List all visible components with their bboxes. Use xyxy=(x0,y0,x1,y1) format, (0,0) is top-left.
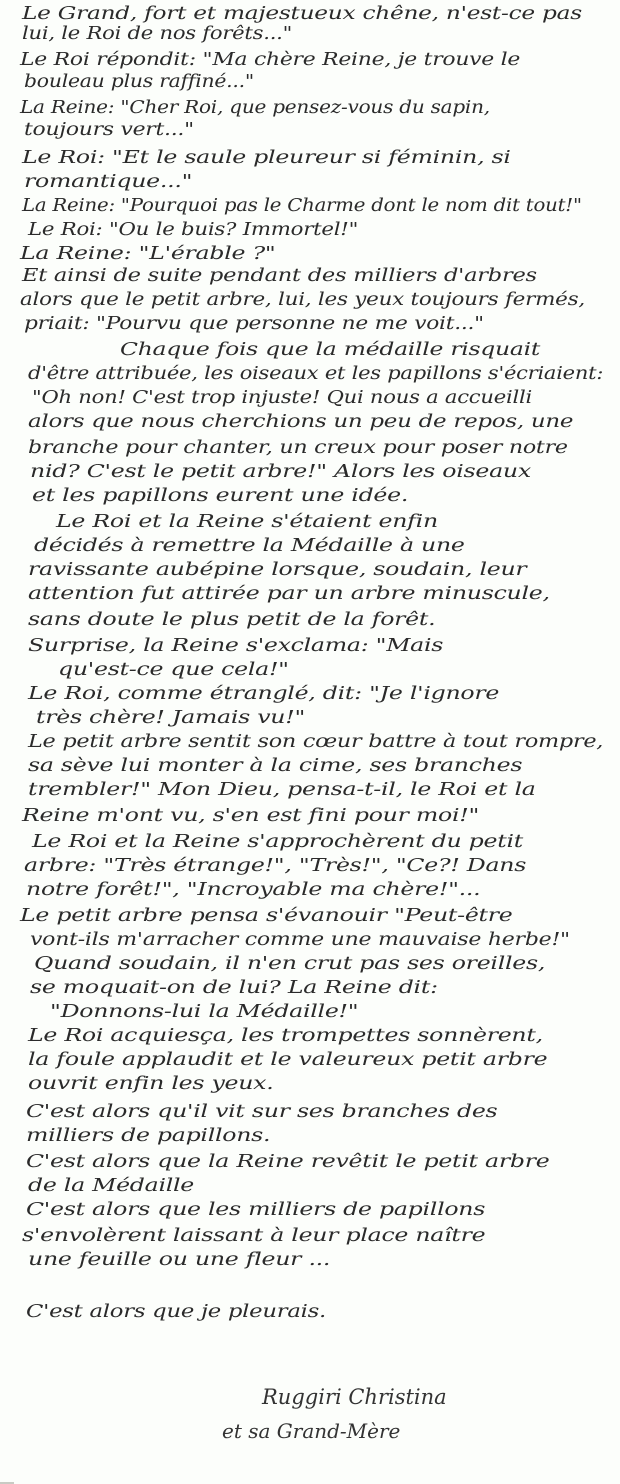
letter-line: nid? C'est le petit arbre!" Alors les oi… xyxy=(30,462,531,482)
letter-line: sans doute le plus petit de la forêt. xyxy=(28,610,435,630)
letter-line: se moquait-on de lui? La Reine dit: xyxy=(30,978,438,998)
letter-line: une feuille ou une fleur ... xyxy=(28,1250,330,1270)
letter-line: priait: "Pourvu que personne ne me voit.… xyxy=(24,314,484,334)
letter-line: Le Grand, fort et majestueux chêne, n'es… xyxy=(22,4,582,24)
signature-name: Ruggiri Christina xyxy=(262,1385,447,1409)
letter-line: la foule applaudit et le valeureux petit… xyxy=(28,1050,547,1070)
signature-role: et sa Grand-Mère xyxy=(222,1419,400,1443)
letter-line: Le Roi: "Ou le buis? Immortel!" xyxy=(28,220,358,240)
letter-line: sa sève lui monter à la cime, ses branch… xyxy=(28,756,522,776)
letter-line: Chaque fois que la médaille risquait xyxy=(120,340,540,360)
letter-line: Le Roi: "Et le saule pleureur si féminin… xyxy=(22,148,511,168)
letter-line: d'être attribuée, les oiseaux et les pap… xyxy=(28,364,603,384)
letter-line: "Donnons-lui la Médaille!" xyxy=(50,1002,358,1022)
letter-line: Quand soudain, il n'en crut pas ses orei… xyxy=(34,954,545,974)
letter-line: vont-ils m'arracher comme une mauvaise h… xyxy=(30,930,570,950)
letter-line: très chère! Jamais vu!" xyxy=(36,708,305,728)
letter-line: qu'est-ce que cela!" xyxy=(58,660,289,680)
letter-line: Le Roi acquiesça, les trompettes sonnère… xyxy=(28,1026,543,1046)
letter-line: attention fut attirée par un arbre minus… xyxy=(28,584,550,604)
letter-line: La Reine: "Cher Roi, que pensez-vous du … xyxy=(20,98,490,118)
letter-line: trembler!" Mon Dieu, pensa-t-il, le Roi … xyxy=(28,780,536,800)
letter-line: alors que le petit arbre, lui, les yeux … xyxy=(20,290,585,310)
letter-line: La Reine: "Pourquoi pas le Charme dont l… xyxy=(22,196,582,216)
letter-line: s'envolèrent laissant à leur place naîtr… xyxy=(22,1226,485,1246)
letter-line: et les papillons eurent une idée. xyxy=(32,486,408,506)
letter-line: Le Roi répondit: "Ma chère Reine, je tro… xyxy=(20,50,520,70)
letter-line: Surprise, la Reine s'exclama: "Mais xyxy=(28,636,443,656)
letter-line: Et ainsi de suite pendant des milliers d… xyxy=(22,266,537,286)
letter-line: C'est alors qu'il vit sur ses branches d… xyxy=(26,1102,497,1122)
letter-line: "Oh non! C'est trop injuste! Qui nous a … xyxy=(32,388,532,408)
letter-line: ravissante aubépine lorsque, soudain, le… xyxy=(28,560,526,580)
letter-line: Reine m'ont vu, s'en est fini pour moi!" xyxy=(22,806,479,826)
letter-line: romantique..." xyxy=(24,172,192,192)
letter-line: ouvrit enfin les yeux. xyxy=(28,1074,273,1094)
letter-line: Le petit arbre pensa s'évanouir "Peut-êt… xyxy=(20,906,512,926)
letter-line: arbre: "Très étrange!", "Très!", "Ce?! D… xyxy=(24,856,526,876)
letter-line: décidés à remettre la Médaille à une xyxy=(34,536,465,556)
letter-line: C'est alors que la Reine revêtit le peti… xyxy=(26,1152,549,1172)
letter-line: de la Médaille xyxy=(28,1176,194,1196)
letter-line: toujours vert..." xyxy=(24,120,194,140)
letter-line: notre forêt!", "Incroyable ma chère!"... xyxy=(26,880,480,900)
letter-line: branche pour chanter, un creux pour pose… xyxy=(28,438,568,458)
letter-line: La Reine: "L'érable ?" xyxy=(20,244,275,264)
letter-line: milliers de papillons. xyxy=(26,1126,270,1146)
letter-line: Le Roi, comme étranglé, dit: "Je l'ignor… xyxy=(28,684,499,704)
letter-line: bouleau plus raffiné..." xyxy=(24,72,254,92)
letter-line: Le petit arbre sentit son cœur battre à … xyxy=(28,732,603,752)
letter-line: C'est alors que je pleurais. xyxy=(26,1302,326,1322)
letter-line: alors que nous cherchions un peu de repo… xyxy=(28,412,573,432)
letter-line: Le Roi et la Reine s'approchèrent du pet… xyxy=(32,832,523,852)
letter-line: C'est alors que les milliers de papillon… xyxy=(26,1200,485,1220)
letter-line: Le Roi et la Reine s'étaient enfin xyxy=(56,512,438,532)
letter-page: Le Grand, fort et majestueux chêne, n'es… xyxy=(0,0,620,1484)
letter-line: lui, le Roi de nos forêts..." xyxy=(22,24,292,44)
